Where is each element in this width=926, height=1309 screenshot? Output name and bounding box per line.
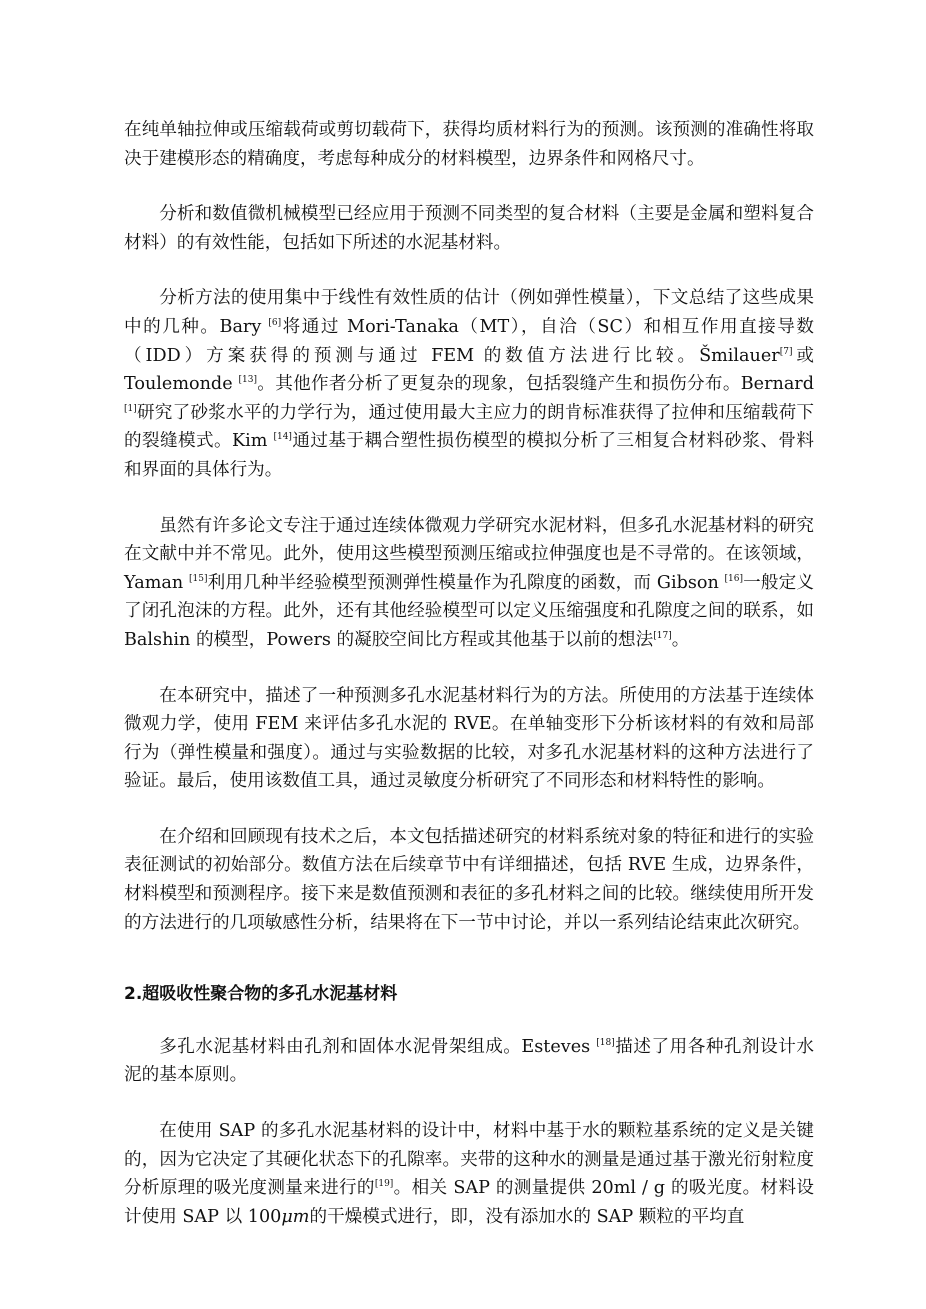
paragraph-micromechanical-models: 分析和数值微机械模型已经应用于预测不同类型的复合材料（主要是金属和塑料复合材料）… xyxy=(124,200,814,257)
section-heading: 2.超吸收性聚合物的多孔水泥基材料 xyxy=(124,980,814,1009)
citation[interactable]: [16] xyxy=(725,574,743,584)
text: 。 xyxy=(672,630,690,650)
citation[interactable]: [1] xyxy=(124,404,137,414)
paragraph-porous-cement-literature: 虽然有许多论文专注于通过连续体微观力学研究水泥材料，但多孔水泥基材料的研究在文献… xyxy=(124,512,814,655)
text: 的干燥模式进行，即，没有添加水的 SAP 颗粒的平均直 xyxy=(309,1207,744,1227)
citation[interactable]: [19] xyxy=(375,1179,393,1189)
text: 在纯单轴拉伸或压缩载荷或剪切载荷下，获得均质材料行为的预测。该预测的准确性将取决… xyxy=(124,120,814,169)
text: 。其他作者分析了更复杂的现象，包括裂缝产生和损伤分布。Bernard xyxy=(257,374,814,394)
paragraph-porous-composition: 多孔水泥基材料由孔剂和固体水泥骨架组成。Esteves [18]描述了用各种孔剂… xyxy=(124,1033,814,1090)
citation[interactable]: [7] xyxy=(780,347,793,357)
citation[interactable]: [14] xyxy=(273,432,291,442)
paragraph-intro-continuation: 在纯单轴拉伸或压缩载荷或剪切载荷下，获得均质材料行为的预测。该预测的准确性将取决… xyxy=(124,116,814,173)
paragraph-this-study: 在本研究中，描述了一种预测多孔水泥基材料行为的方法。所使用的方法基于连续体微观力… xyxy=(124,682,814,796)
citation[interactable]: [15] xyxy=(189,574,207,584)
paragraph-outline: 在介绍和回顾现有技术之后，本文包括描述研究的材料系统对象的特征和进行的实验表征测… xyxy=(124,823,814,937)
paragraph-analytical-methods: 分析方法的使用集中于线性有效性质的估计（例如弹性模量），下文总结了这些成果中的几… xyxy=(124,284,814,484)
text: 利用几种半经验模型预测弹性模量作为孔隙度的函数，而 Gibson xyxy=(207,573,724,593)
text: 在介绍和回顾现有技术之后，本文包括描述研究的材料系统对象的特征和进行的实验表征测… xyxy=(124,827,814,933)
document-page: 在纯单轴拉伸或压缩载荷或剪切载荷下，获得均质材料行为的预测。该预测的准确性将取决… xyxy=(124,116,814,1258)
citation[interactable]: [17] xyxy=(653,631,671,641)
citation[interactable]: [13] xyxy=(239,375,257,385)
unit-micrometer: μm xyxy=(281,1207,309,1227)
paragraph-sap-design: 在使用 SAP 的多孔水泥基材料的设计中，材料中基于水的颗粒基系统的定义是关键的… xyxy=(124,1117,814,1231)
citation[interactable]: [18] xyxy=(596,1038,614,1048)
citation[interactable]: [6] xyxy=(268,318,281,328)
text: 分析和数值微机械模型已经应用于预测不同类型的复合材料（主要是金属和塑料复合材料）… xyxy=(124,204,814,253)
text: 多孔水泥基材料由孔剂和固体水泥骨架组成。Esteves xyxy=(159,1037,596,1057)
text: 在本研究中，描述了一种预测多孔水泥基材料行为的方法。所使用的方法基于连续体微观力… xyxy=(124,686,814,792)
